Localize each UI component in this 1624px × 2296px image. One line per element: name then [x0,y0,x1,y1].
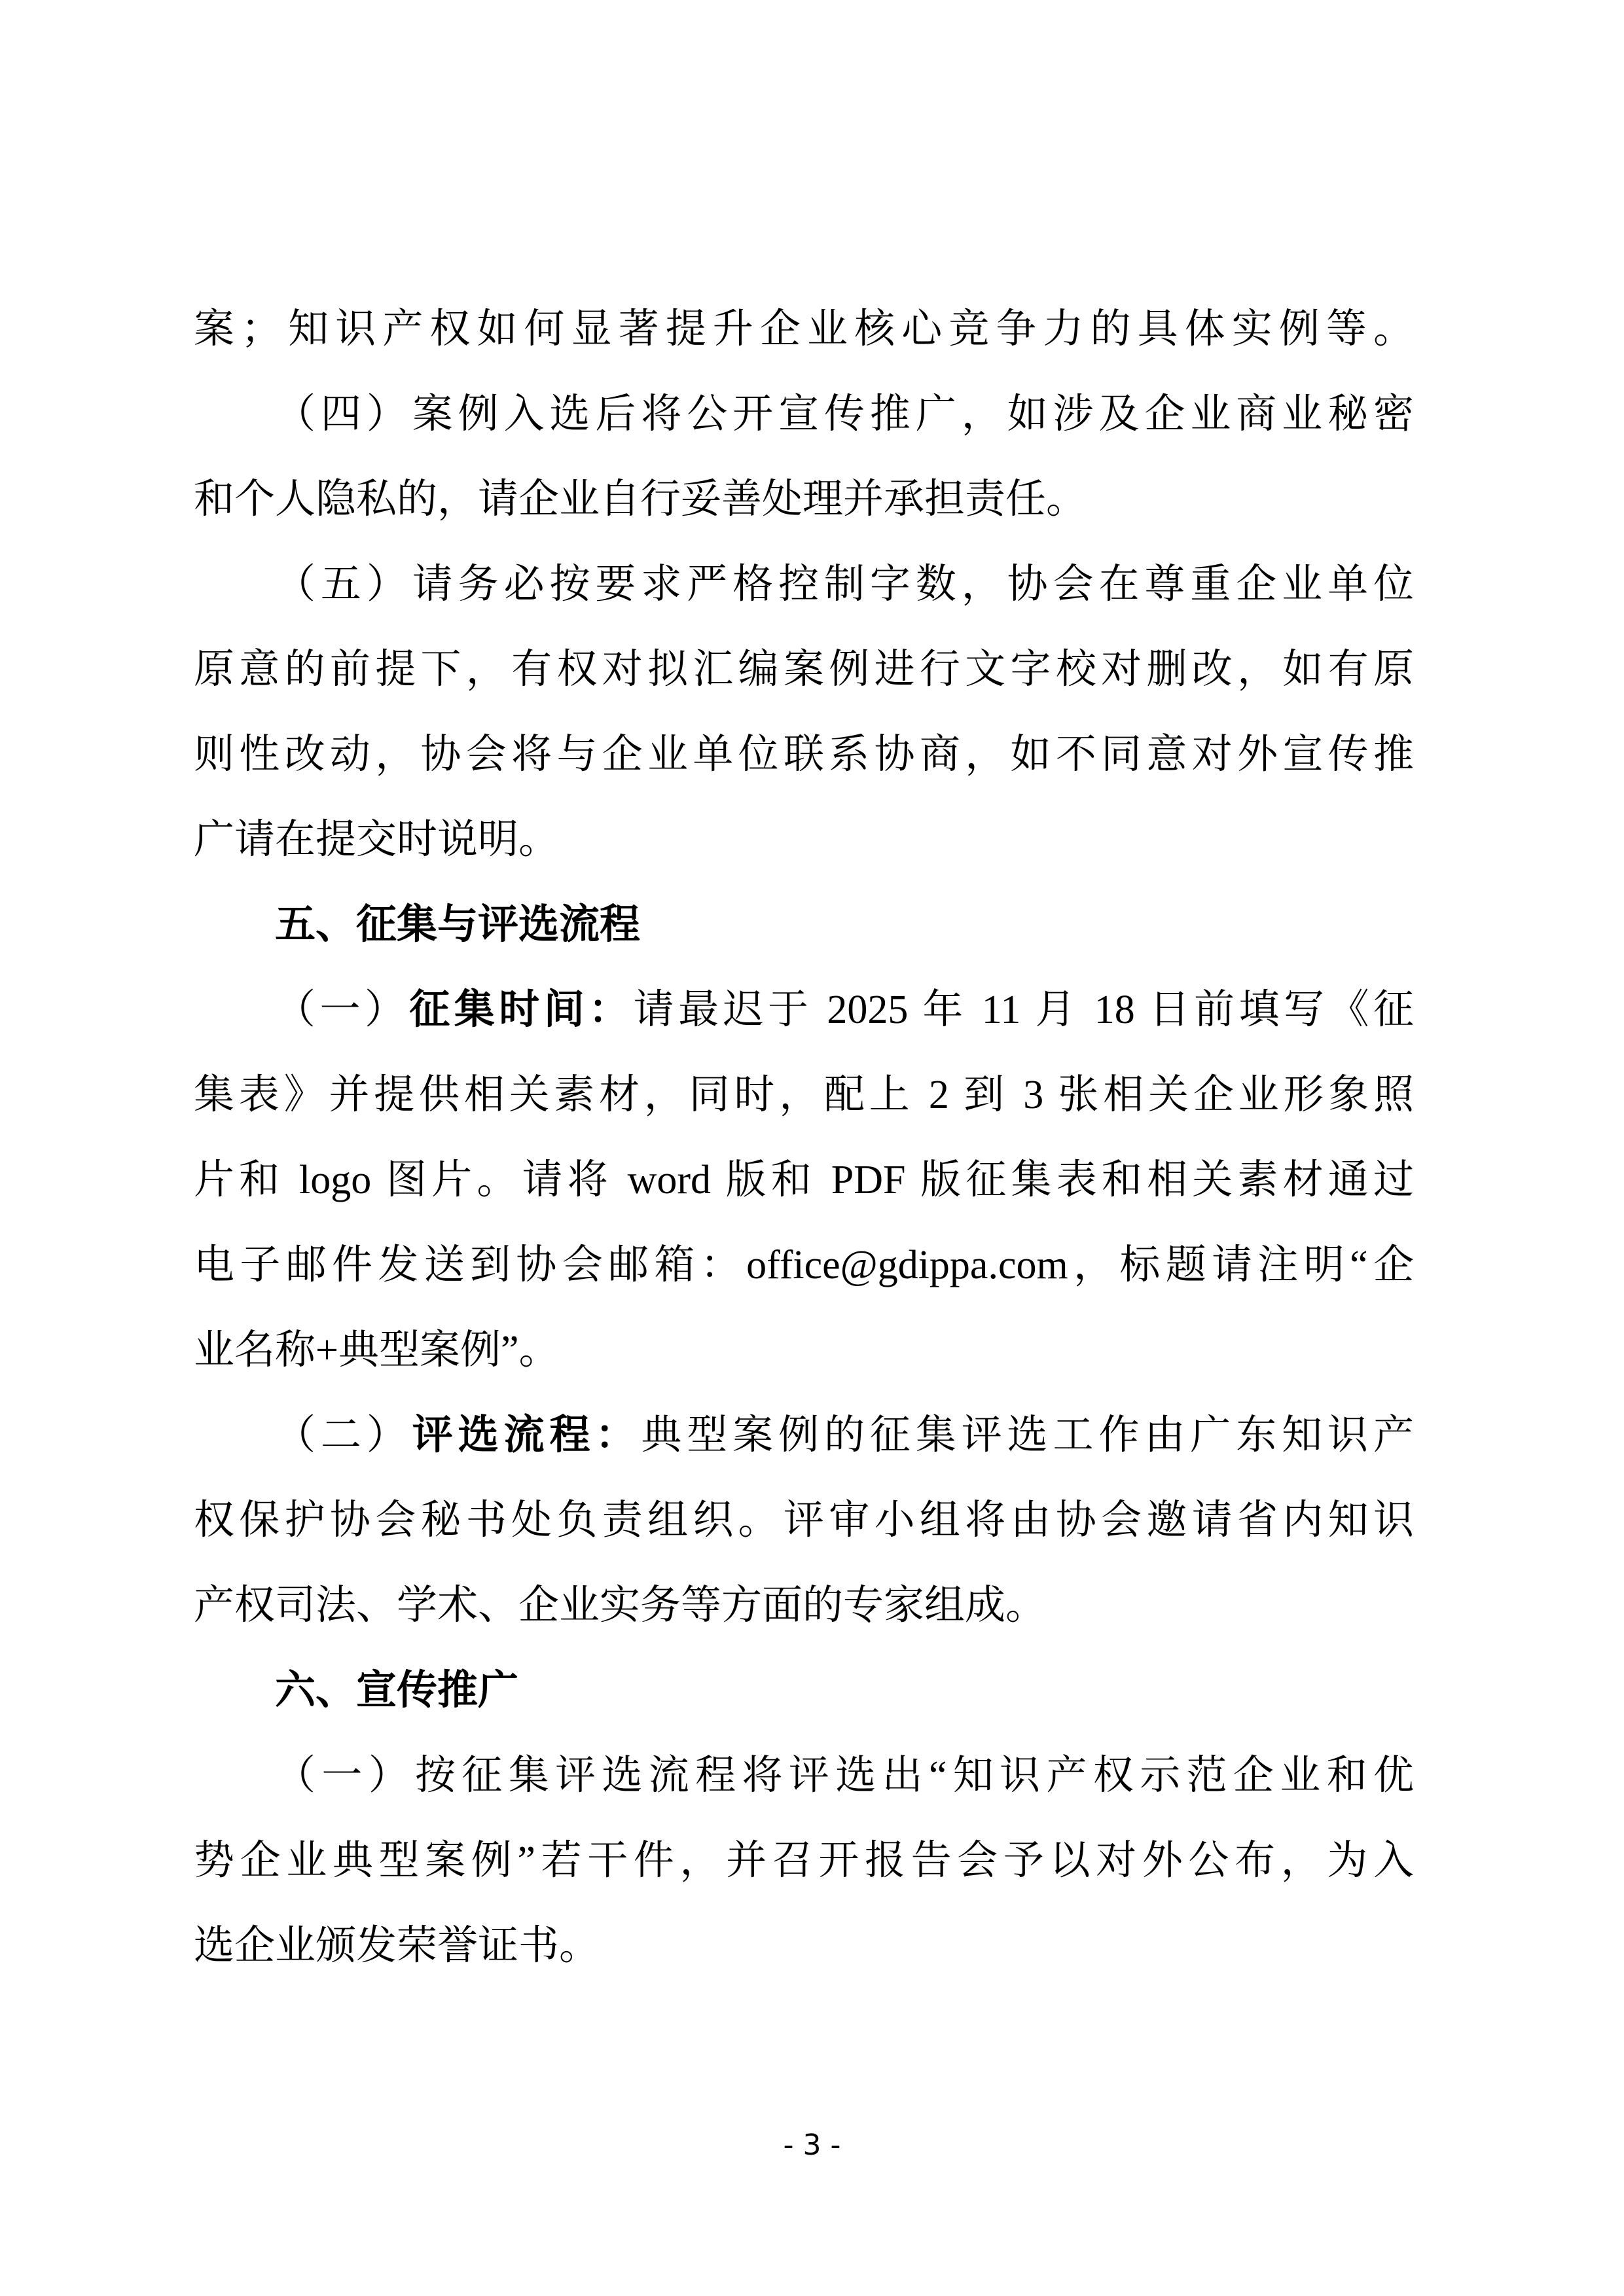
page-number: - 3 - [0,2128,1624,2162]
list-item-number: （二） [275,1413,412,1458]
body-line: 集表》并提供相关素材，同时，配上 2 到 3 张相关企业形象照 [194,1052,1414,1138]
body-line: （二）评选流程：典型案例的征集评选工作由广东知识产 [194,1393,1414,1478]
body-line: 案；知识产权如何显著提升企业核心竞争力的具体实例等。 [194,287,1414,372]
body-line: （五）请务必按要求严格控制字数，协会在尊重企业单位 [194,542,1414,627]
document-page: 案；知识产权如何显著提升企业核心竞争力的具体实例等。 （四）案例入选后将公开宣传… [0,0,1624,2296]
body-line: 选企业颁发荣誉证书。 [194,1903,1414,1988]
inline-label-collection-time: 征集时间： [409,988,633,1032]
body-text: 请最迟于 2025 年 11 月 18 日前填写《征 [634,988,1414,1032]
body-line: 权保护协会秘书处负责组织。评审小组将由协会邀请省内知识 [194,1478,1414,1563]
body-line: （一）征集时间：请最迟于 2025 年 11 月 18 日前填写《征 [194,967,1414,1052]
body-line: 广请在提交时说明。 [194,797,1414,882]
body-line: 和个人隐私的，请企业自行妥善处理并承担责任。 [194,457,1414,542]
body-line: 产权司法、学术、企业实务等方面的专家组成。 [194,1563,1414,1648]
document-body: 案；知识产权如何显著提升企业核心竞争力的具体实例等。 （四）案例入选后将公开宣传… [194,287,1414,1988]
section-heading-collection-process: 五、征集与评选流程 [194,882,1414,967]
body-text: 典型案例的征集评选工作由广东知识产 [641,1413,1414,1458]
list-item-number: （一） [275,988,409,1032]
body-line: 则性改动，协会将与企业单位联系协商，如不同意对外宣传推 [194,712,1414,797]
section-heading-promotion: 六、宣传推广 [194,1648,1414,1733]
body-line: 势企业典型案例”若干件，并召开报告会予以对外公布，为入 [194,1818,1414,1903]
body-line: 片和 logo 图片。请将 word 版和 PDF 版征集表和相关素材通过 [194,1138,1414,1223]
body-line: （一）按征集评选流程将评选出“知识产权示范企业和优 [194,1733,1414,1818]
inline-label-selection-process: 评选流程： [412,1413,641,1458]
body-line: 原意的前提下，有权对拟汇编案例进行文字校对删改，如有原 [194,627,1414,712]
body-line: （四）案例入选后将公开宣传推广，如涉及企业商业秘密 [194,372,1414,457]
body-line: 业名称+典型案例”。 [194,1308,1414,1393]
body-line-email: 电子邮件发送到协会邮箱：office@gdippa.com，标题请注明“企 [194,1223,1414,1308]
